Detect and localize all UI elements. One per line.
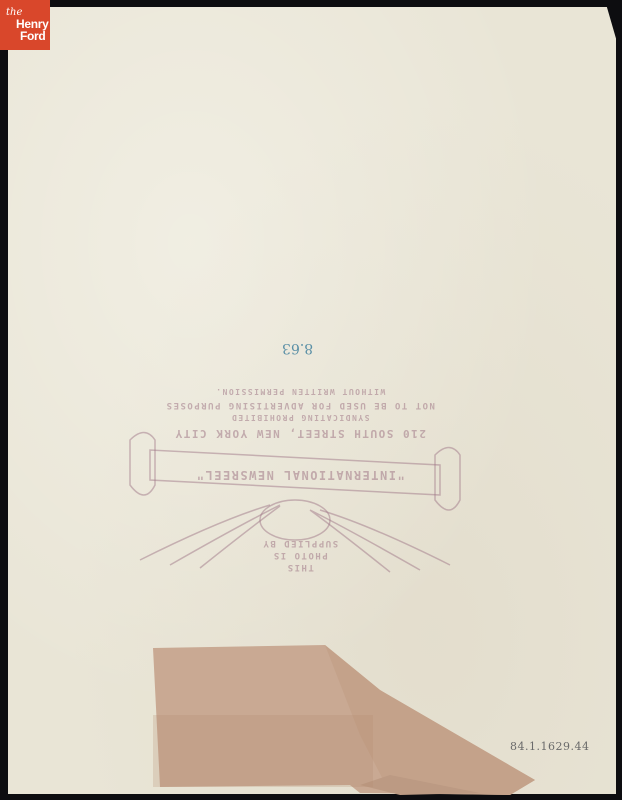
stamp-line-2: PHOTO IS (120, 550, 480, 560)
stamp-line-4: "INTERNATIONAL NEWSREEL" (120, 468, 480, 482)
stamp-line-1: THIS (120, 562, 480, 572)
accession-number: 84.1.1629.44 (510, 740, 589, 753)
henry-ford-logo: the Henry Ford (0, 0, 50, 50)
stamp-line-6: SYNDICATING PROHIBITED (120, 413, 480, 422)
stamp-line-7: NOT TO BE USED FOR ADVERTISING PURPOSES (120, 400, 480, 410)
stamp-line-5: 210 SOUTH STREET, NEW YORK CITY (120, 427, 480, 440)
stamp-line-3: SUPPLIED BY (120, 538, 480, 548)
newsreel-stamp: THIS PHOTO IS SUPPLIED BY "INTERNATIONAL… (120, 340, 480, 590)
stamp-line-8: WITHOUT WRITTEN PERMISSION. (120, 387, 480, 396)
logo-ford: Ford (20, 30, 50, 42)
paper-tape (150, 635, 550, 800)
